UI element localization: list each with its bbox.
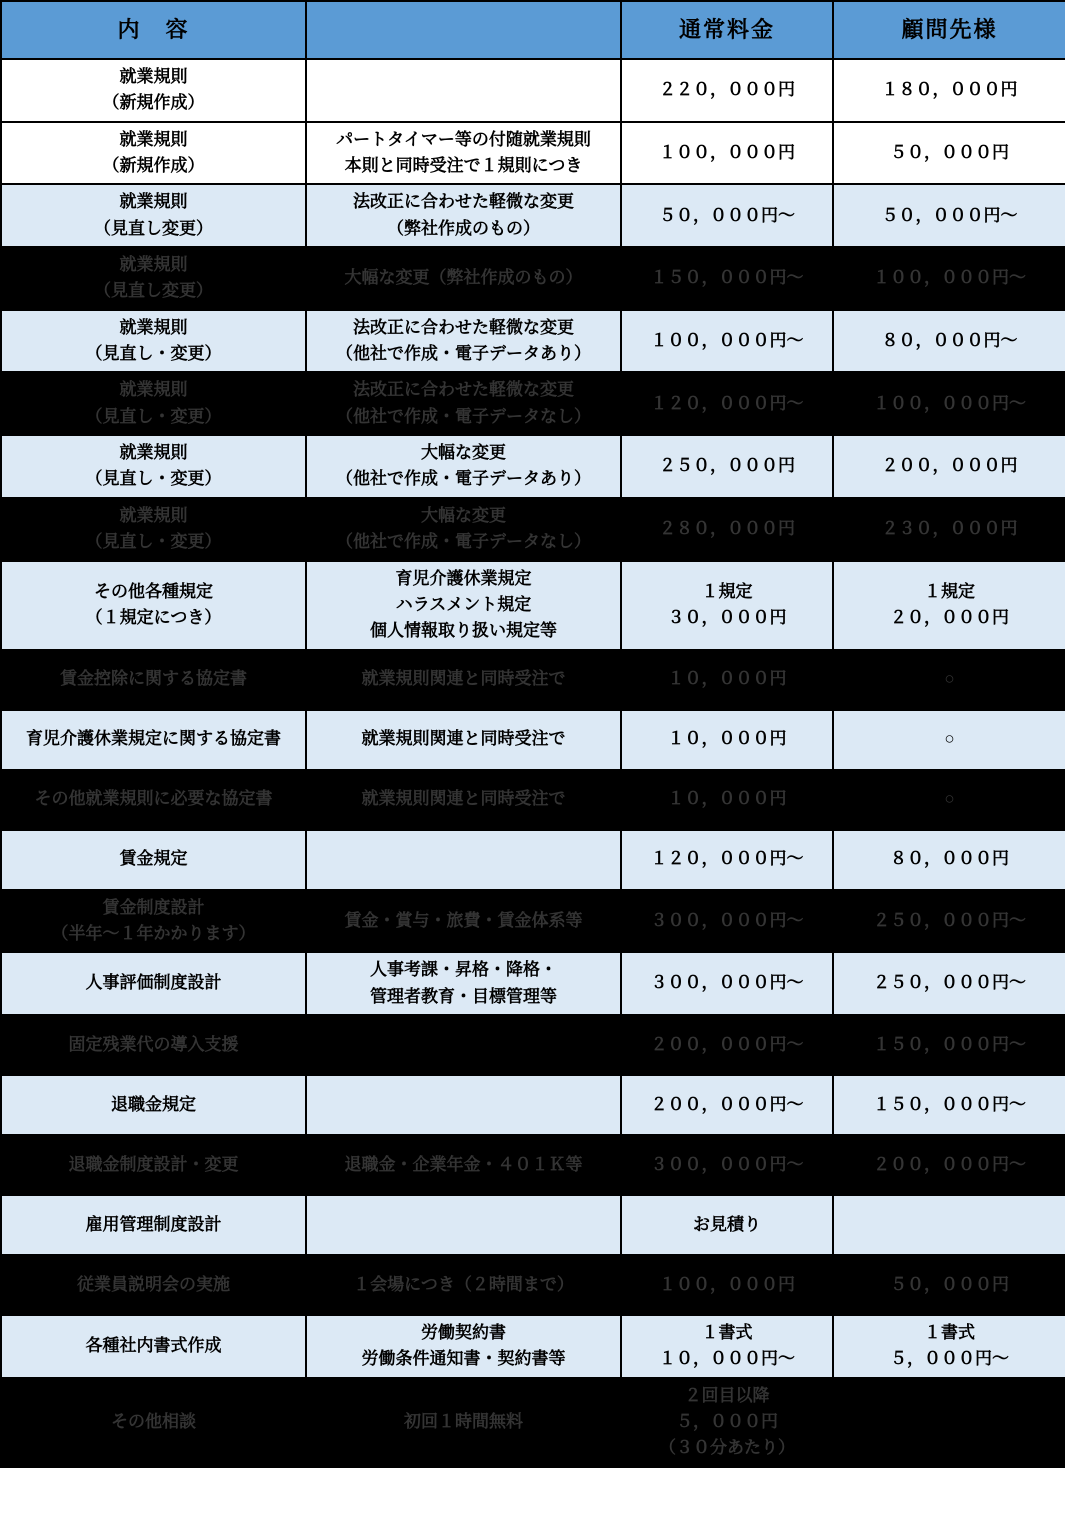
cell-advisory-client: １８０，０００円 bbox=[833, 59, 1065, 122]
cell-normal-fee: ２５０，０００円 bbox=[621, 435, 833, 498]
cell-advisory-client bbox=[833, 1378, 1065, 1467]
cell-description: 初回１時間無料 bbox=[306, 1378, 621, 1467]
cell-normal-fee: ２００，０００円～ bbox=[621, 1015, 833, 1075]
cell-content: 就業規則 （見直し・変更） bbox=[1, 310, 306, 373]
cell-content: 就業規則 （見直し・変更） bbox=[1, 435, 306, 498]
cell-content: 退職金規定 bbox=[1, 1075, 306, 1135]
cell-normal-fee: １２０，０００円～ bbox=[621, 372, 833, 435]
cell-content: 固定残業代の導入支援 bbox=[1, 1015, 306, 1075]
header-cell-normal-fee: 通常料金 bbox=[621, 1, 833, 59]
cell-normal-fee: １０，０００円 bbox=[621, 710, 833, 770]
table-row: 就業規則 （見直し・変更）大幅な変更 （他社で作成・電子データなし）２８０，００… bbox=[1, 498, 1065, 561]
table-row: 就業規則 （見直し・変更）法改正に合わせた軽微な変更 （他社で作成・電子データあ… bbox=[1, 310, 1065, 373]
cell-content: その他相談 bbox=[1, 1378, 306, 1467]
cell-content: 育児介護休業規定に関する協定書 bbox=[1, 710, 306, 770]
cell-description: 大幅な変更（弊社作成のもの） bbox=[306, 247, 621, 310]
cell-normal-fee: ３００，０００円～ bbox=[621, 890, 833, 953]
cell-description: 人事考課・昇格・降格・ 管理者教育・目標管理等 bbox=[306, 952, 621, 1015]
cell-normal-fee: １２０，０００円～ bbox=[621, 830, 833, 890]
cell-advisory-client: １規定 ２０，０００円 bbox=[833, 561, 1065, 650]
cell-content: 就業規則 （見直し変更） bbox=[1, 247, 306, 310]
cell-advisory-client: １書式 ５，０００円～ bbox=[833, 1315, 1065, 1378]
cell-normal-fee: １００，０００円 bbox=[621, 122, 833, 185]
table-row: 就業規則 （新規作成）パートタイマー等の付随就業規則 本則と同時受注で１規則につ… bbox=[1, 122, 1065, 185]
cell-description bbox=[306, 1015, 621, 1075]
table-row: 就業規則 （見直し・変更）大幅な変更 （他社で作成・電子データあり）２５０，００… bbox=[1, 435, 1065, 498]
cell-content: 就業規則 （見直し・変更） bbox=[1, 372, 306, 435]
table-row: 就業規則 （見直し変更）大幅な変更（弊社作成のもの）１５０，０００円～１００，０… bbox=[1, 247, 1065, 310]
cell-content: 人事評価制度設計 bbox=[1, 952, 306, 1015]
cell-normal-fee: ２回目以降 ５，０００円 （３０分あたり） bbox=[621, 1378, 833, 1467]
cell-advisory-client: ○ bbox=[833, 710, 1065, 770]
pricing-table: 内 容 通常料金 顧問先様 就業規則 （新規作成）２２０，０００円１８０，０００… bbox=[0, 0, 1065, 1468]
cell-advisory-client: ２００，０００円 bbox=[833, 435, 1065, 498]
cell-advisory-client: ５０，０００円～ bbox=[833, 184, 1065, 247]
table-row: 退職金制度設計・変更退職金・企業年金・４０１Ｋ等３００，０００円～２００，０００… bbox=[1, 1135, 1065, 1195]
cell-advisory-client: ８０，０００円～ bbox=[833, 310, 1065, 373]
cell-description bbox=[306, 59, 621, 122]
table-row: 賃金控除に関する協定書就業規則関連と同時受注で１０，０００円○ bbox=[1, 650, 1065, 710]
table-row: 各種社内書式作成労働契約書 労働条件通知書・契約書等１書式 １０，０００円～１書… bbox=[1, 1315, 1065, 1378]
pricing-page: 内 容 通常料金 顧問先様 就業規則 （新規作成）２２０，０００円１８０，０００… bbox=[0, 0, 1065, 1468]
table-row: 就業規則 （見直し変更）法改正に合わせた軽微な変更 （弊社作成のもの）５０，００… bbox=[1, 184, 1065, 247]
header-row: 内 容 通常料金 顧問先様 bbox=[1, 1, 1065, 59]
cell-content: その他各種規定 （１規定につき） bbox=[1, 561, 306, 650]
cell-normal-fee: １０，０００円 bbox=[621, 650, 833, 710]
cell-advisory-client: ２００，０００円～ bbox=[833, 1135, 1065, 1195]
cell-advisory-client bbox=[833, 1195, 1065, 1255]
cell-content: 就業規則 （見直し・変更） bbox=[1, 498, 306, 561]
cell-content: 各種社内書式作成 bbox=[1, 1315, 306, 1378]
table-row: 就業規則 （新規作成）２２０，０００円１８０，０００円 bbox=[1, 59, 1065, 122]
table-row: 雇用管理制度設計お見積り bbox=[1, 1195, 1065, 1255]
cell-description: 退職金・企業年金・４０１Ｋ等 bbox=[306, 1135, 621, 1195]
cell-description: １会場につき（２時間まで） bbox=[306, 1255, 621, 1315]
cell-advisory-client: ５０，０００円 bbox=[833, 1255, 1065, 1315]
table-row: 固定残業代の導入支援２００，０００円～１５０，０００円～ bbox=[1, 1015, 1065, 1075]
cell-advisory-client: ８０，０００円 bbox=[833, 830, 1065, 890]
cell-advisory-client: １００，０００円～ bbox=[833, 247, 1065, 310]
cell-normal-fee: ２２０，０００円 bbox=[621, 59, 833, 122]
cell-normal-fee: ３００，０００円～ bbox=[621, 1135, 833, 1195]
cell-description: 就業規則関連と同時受注で bbox=[306, 650, 621, 710]
cell-content: 就業規則 （新規作成） bbox=[1, 59, 306, 122]
cell-content: 雇用管理制度設計 bbox=[1, 1195, 306, 1255]
cell-normal-fee: １００，０００円 bbox=[621, 1255, 833, 1315]
table-row: その他就業規則に必要な協定書就業規則関連と同時受注で１０，０００円○ bbox=[1, 770, 1065, 830]
cell-content: 就業規則 （見直し変更） bbox=[1, 184, 306, 247]
cell-description: 法改正に合わせた軽微な変更 （他社で作成・電子データあり） bbox=[306, 310, 621, 373]
table-row: 就業規則 （見直し・変更）法改正に合わせた軽微な変更 （他社で作成・電子データな… bbox=[1, 372, 1065, 435]
cell-content: 就業規則 （新規作成） bbox=[1, 122, 306, 185]
cell-content: 賃金控除に関する協定書 bbox=[1, 650, 306, 710]
table-row: その他各種規定 （１規定につき）育児介護休業規定 ハラスメント規定 個人情報取り… bbox=[1, 561, 1065, 650]
cell-content: 退職金制度設計・変更 bbox=[1, 1135, 306, 1195]
table-row: 従業員説明会の実施１会場につき（２時間まで）１００，０００円５０，０００円 bbox=[1, 1255, 1065, 1315]
cell-content: 従業員説明会の実施 bbox=[1, 1255, 306, 1315]
table-row: その他相談初回１時間無料２回目以降 ５，０００円 （３０分あたり） bbox=[1, 1378, 1065, 1467]
header-cell-advisory-client: 顧問先様 bbox=[833, 1, 1065, 59]
cell-advisory-client: ○ bbox=[833, 770, 1065, 830]
cell-advisory-client: １５０，０００円～ bbox=[833, 1075, 1065, 1135]
cell-advisory-client: ２５０，０００円～ bbox=[833, 890, 1065, 953]
table-row: 育児介護休業規定に関する協定書就業規則関連と同時受注で１０，０００円○ bbox=[1, 710, 1065, 770]
header-cell-description bbox=[306, 1, 621, 59]
cell-normal-fee: ３００，０００円～ bbox=[621, 952, 833, 1015]
cell-advisory-client: １００，０００円～ bbox=[833, 372, 1065, 435]
cell-description: 大幅な変更 （他社で作成・電子データなし） bbox=[306, 498, 621, 561]
table-header: 内 容 通常料金 顧問先様 bbox=[1, 1, 1065, 59]
table-row: 賃金規定１２０，０００円～８０，０００円 bbox=[1, 830, 1065, 890]
cell-advisory-client: ○ bbox=[833, 650, 1065, 710]
cell-description bbox=[306, 830, 621, 890]
table-row: 賃金制度設計 （半年～１年かかります）賃金・賞与・旅費・賃金体系等３００，０００… bbox=[1, 890, 1065, 953]
cell-description: 就業規則関連と同時受注で bbox=[306, 770, 621, 830]
cell-description: 就業規則関連と同時受注で bbox=[306, 710, 621, 770]
cell-normal-fee: お見積り bbox=[621, 1195, 833, 1255]
cell-advisory-client: ２５０，０００円～ bbox=[833, 952, 1065, 1015]
cell-normal-fee: ２００，０００円～ bbox=[621, 1075, 833, 1135]
cell-description bbox=[306, 1195, 621, 1255]
cell-description: 法改正に合わせた軽微な変更 （弊社作成のもの） bbox=[306, 184, 621, 247]
cell-normal-fee: １規定 ３０，０００円 bbox=[621, 561, 833, 650]
table-row: 人事評価制度設計人事考課・昇格・降格・ 管理者教育・目標管理等３００，０００円～… bbox=[1, 952, 1065, 1015]
cell-normal-fee: １５０，０００円～ bbox=[621, 247, 833, 310]
cell-normal-fee: １書式 １０，０００円～ bbox=[621, 1315, 833, 1378]
cell-description: 法改正に合わせた軽微な変更 （他社で作成・電子データなし） bbox=[306, 372, 621, 435]
cell-description: 育児介護休業規定 ハラスメント規定 個人情報取り扱い規定等 bbox=[306, 561, 621, 650]
cell-normal-fee: ２８０，０００円 bbox=[621, 498, 833, 561]
cell-description: パートタイマー等の付随就業規則 本則と同時受注で１規則につき bbox=[306, 122, 621, 185]
header-cell-content: 内 容 bbox=[1, 1, 306, 59]
table-row: 退職金規定２００，０００円～１５０，０００円～ bbox=[1, 1075, 1065, 1135]
cell-advisory-client: ５０，０００円 bbox=[833, 122, 1065, 185]
cell-description: 大幅な変更 （他社で作成・電子データあり） bbox=[306, 435, 621, 498]
cell-content: 賃金制度設計 （半年～１年かかります） bbox=[1, 890, 306, 953]
cell-content: その他就業規則に必要な協定書 bbox=[1, 770, 306, 830]
table-body: 就業規則 （新規作成）２２０，０００円１８０，０００円就業規則 （新規作成）パー… bbox=[1, 59, 1065, 1467]
cell-content: 賃金規定 bbox=[1, 830, 306, 890]
cell-advisory-client: １５０，０００円～ bbox=[833, 1015, 1065, 1075]
cell-description: 賃金・賞与・旅費・賃金体系等 bbox=[306, 890, 621, 953]
cell-normal-fee: １００，０００円～ bbox=[621, 310, 833, 373]
cell-normal-fee: １０，０００円 bbox=[621, 770, 833, 830]
cell-description bbox=[306, 1075, 621, 1135]
cell-normal-fee: ５０，０００円～ bbox=[621, 184, 833, 247]
cell-advisory-client: ２３０，０００円 bbox=[833, 498, 1065, 561]
cell-description: 労働契約書 労働条件通知書・契約書等 bbox=[306, 1315, 621, 1378]
